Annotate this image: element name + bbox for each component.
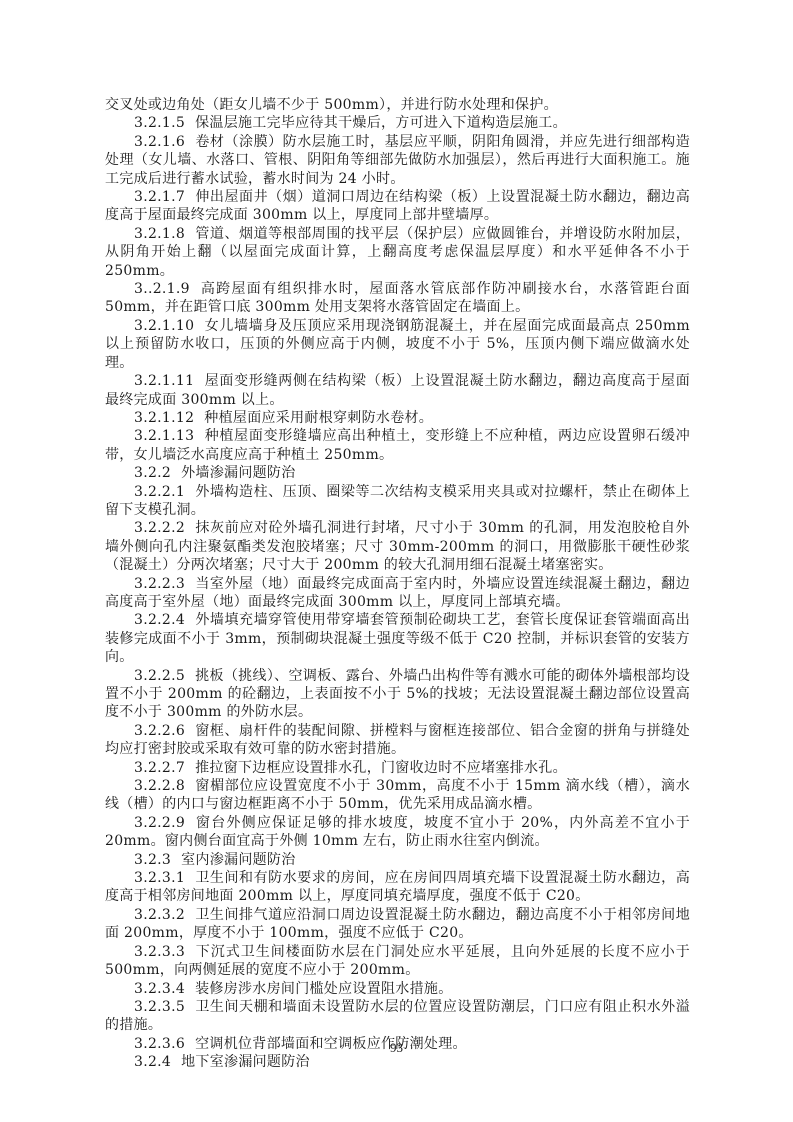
clause-number: 3.2.1.12 <box>134 410 194 426</box>
clause-3-2-2-9: 3.2.2.9窗台外侧应保证足够的排水坡度，坡度不宜小于 20%，内外高差不宜小… <box>105 814 690 851</box>
section-title: 室内渗漏问题防治 <box>181 852 295 868</box>
clause-number: 3.2.1.11 <box>134 373 194 389</box>
clause-3-2-1-11: 3.2.1.11屋面变形缝两侧在结构梁（板）上设置混凝土防水翻边，翻边高度高于屋… <box>105 372 690 409</box>
clause-text: 高跨屋面有组织排水时，屋面落水管底部作防冲刷接水台，水落管距台面 50mm，并在… <box>105 281 690 315</box>
clause-number: 3.2.1.10 <box>134 318 194 334</box>
clause-text: 外墙填充墙穿管使用带穿墙套管预制砼砌块工艺，套管长度保证套管端面高出装修完成面不… <box>105 612 690 665</box>
document-body: 交叉处或边角处（距女儿墙不少于 500mm），并进行防水处理和保护。 3.2.1… <box>105 96 690 1072</box>
clause-text: 下沉式卫生间楼面防水层在门洞处应水平延展，且向外延展的长度不应小于 500mm，… <box>105 944 690 978</box>
clause-text: 卫生间和有防水要求的房间，应在房间四周填充墙下设置混凝土防水翻边，高度高于相邻房… <box>105 870 690 904</box>
section-number: 3.2.4 <box>134 1054 171 1070</box>
clause-3-2-3-1: 3.2.3.1卫生间和有防水要求的房间，应在房间四周填充墙下设置混凝土防水翻边，… <box>105 869 690 906</box>
clause-text: 窗台外侧应保证足够的排水坡度，坡度不宜小于 20%，内外高差不宜小于 20mm。… <box>105 815 690 849</box>
section-title: 地下室渗漏问题防治 <box>181 1054 310 1070</box>
clause-text: 管道、烟道等根部周围的找平层（保护层）应做圆锥台，并增设防水附加层，从阴角开始上… <box>105 226 690 279</box>
clause-number: 3.2.2.1 <box>134 484 185 500</box>
clause-number: 3.2.2.6 <box>134 723 185 739</box>
clause-3-2-1-12: 3.2.1.12种植屋面应采用耐根穿刺防水卷材。 <box>105 409 690 427</box>
clause-3-2-2-8: 3.2.2.8窗楣部位应设置宽度不小于 30mm，高度不小于 15mm 滴水线（… <box>105 777 690 814</box>
clause-3-2-2-3: 3.2.2.3当室外屋（地）面最终完成面高于室内时，外墙应设置连续混凝土翻边，翻… <box>105 575 690 612</box>
clause-number: 3.2.2.2 <box>134 520 185 536</box>
clause-number: 3.2.1.13 <box>134 428 194 444</box>
clause-3-2-2-2: 3.2.2.2抹灰前应对砼外墙孔洞进行封堵，尺寸小于 30mm 的孔洞，用发泡胶… <box>105 519 690 574</box>
clause-3-2-1-5: 3.2.1.5保温层施工完毕应待其干燥后，方可进入下道构造层施工。 <box>105 114 690 132</box>
section-number: 3.2.2 <box>134 465 171 481</box>
clause-3-2-3-5: 3.2.3.5卫生间天棚和墙面未设置防水层的位置应设置防潮层，门口应有阻止积水外… <box>105 998 690 1035</box>
paragraph-continuation: 交叉处或边角处（距女儿墙不少于 500mm），并进行防水处理和保护。 <box>105 96 690 114</box>
clause-text: 种植屋面应采用耐根穿刺防水卷材。 <box>204 410 433 426</box>
clause-text: 窗楣部位应设置宽度不小于 30mm，高度不小于 15mm 滴水线（槽），滴水线（… <box>105 778 690 812</box>
clause-text: 抹灰前应对砼外墙孔洞进行封堵，尺寸小于 30mm 的孔洞，用发泡胶枪自外墙外侧向… <box>105 520 690 573</box>
section-title: 外墙渗漏问题防治 <box>181 465 295 481</box>
clause-text: 当室外屋（地）面最终完成面高于室内时，外墙应设置连续混凝土翻边，翻边高度高于室外… <box>105 576 690 610</box>
clause-text: 卫生间天棚和墙面未设置防水层的位置应设置防潮层，门口应有阻止积水外溢的措施。 <box>105 999 690 1033</box>
clause-number: 3.2.2.7 <box>134 760 185 776</box>
clause-number: 3.2.3.5 <box>134 999 185 1015</box>
clause-number: 3.2.3.3 <box>134 944 185 960</box>
section-heading-3-2-3: 3.2.3室内渗漏问题防治 <box>105 851 690 869</box>
clause-number: 3.2.2.3 <box>134 576 185 592</box>
clause-text: 卷材（涂膜）防水层施工时，基层应平顺，阴阳角圆滑，并应先进行细部构造处理（女儿墙… <box>105 134 690 187</box>
clause-3-2-2-7: 3.2.2.7推拉窗下边框应设置排水孔，门窗收边时不应堵塞排水孔。 <box>105 759 690 777</box>
clause-3-2-2-4: 3.2.2.4外墙填充墙穿管使用带穿墙套管预制砼砌块工艺，套管长度保证套管端面高… <box>105 611 690 666</box>
clause-number: 3.2.2.5 <box>134 668 185 684</box>
clause-3-2-3-4: 3.2.3.4装修房涉水房间门槛处应设置阻水措施。 <box>105 980 690 998</box>
clause-text: 卫生间排气道应沿洞口周边设置混凝土防水翻边，翻边高度不小于相邻房间地面 200m… <box>105 907 690 941</box>
clause-3-2-2-5: 3.2.2.5挑板（挑线）、空调板、露台、外墙凸出构件等有溅水可能的砌体外墙根部… <box>105 667 690 722</box>
clause-text: 外墙构造柱、压顶、圈梁等二次结构支模采用夹具或对拉螺杆，禁止在砌体上留下支模孔洞… <box>105 484 690 518</box>
clause-3-2-1-7: 3.2.1.7伸出屋面井（烟）道洞口周边在结构梁（板）上设置混凝土防水翻边，翻边… <box>105 188 690 225</box>
clause-text: 伸出屋面井（烟）道洞口周边在结构梁（板）上设置混凝土防水翻边，翻边高度高于屋面最… <box>105 189 690 223</box>
clause-number: 3.2.1.6 <box>134 134 185 150</box>
page-number: 93 <box>0 1040 793 1056</box>
clause-3-2-2-6: 3.2.2.6窗框、扇杆件的装配间隙、拼樘料与窗框连接部位、铝合金窗的拼角与拼缝… <box>105 722 690 759</box>
clause-3-2-1-8: 3.2.1.8管道、烟道等根部周围的找平层（保护层）应做圆锥台，并增设防水附加层… <box>105 225 690 280</box>
clause-number: 3.2.1.8 <box>134 226 185 242</box>
clause-number: 3.2.2.8 <box>134 778 185 794</box>
clause-text: 挑板（挑线）、空调板、露台、外墙凸出构件等有溅水可能的砌体外墙根部均设置不小于 … <box>105 668 690 721</box>
clause-3-2-1-9: 3..2.1.9高跨屋面有组织排水时，屋面落水管底部作防冲刷接水台，水落管距台面… <box>105 280 690 317</box>
clause-3-2-2-1: 3.2.2.1外墙构造柱、压顶、圈梁等二次结构支模采用夹具或对拉螺杆，禁止在砌体… <box>105 483 690 520</box>
section-number: 3.2.3 <box>134 852 171 868</box>
clause-text: 保温层施工完毕应待其干燥后，方可进入下道构造层施工。 <box>195 115 567 131</box>
clause-3-2-1-10: 3.2.1.10女儿墙墙身及压顶应采用现浇钢筋混凝土，并在屋面完成面最高点 25… <box>105 317 690 372</box>
paragraph-text: 交叉处或边角处（距女儿墙不少于 500mm），并进行防水处理和保护。 <box>105 97 558 113</box>
clause-text: 装修房涉水房间门槛处应设置阻水措施。 <box>195 981 452 997</box>
clause-number: 3.2.3.2 <box>134 907 185 923</box>
clause-number: 3..2.1.9 <box>134 281 190 297</box>
clause-number: 3.2.1.7 <box>134 189 185 205</box>
clause-text: 窗框、扇杆件的装配间隙、拼樘料与窗框连接部位、铝合金窗的拼角与拼缝处均应打密封胶… <box>105 723 690 757</box>
clause-number: 3.2.3.1 <box>134 870 185 886</box>
section-heading-3-2-2: 3.2.2外墙渗漏问题防治 <box>105 464 690 482</box>
clause-3-2-3-2: 3.2.3.2卫生间排气道应沿洞口周边设置混凝土防水翻边，翻边高度不小于相邻房间… <box>105 906 690 943</box>
clause-3-2-1-6: 3.2.1.6卷材（涂膜）防水层施工时，基层应平顺，阴阳角圆滑，并应先进行细部构… <box>105 133 690 188</box>
clause-number: 3.2.2.4 <box>134 612 185 628</box>
clause-text: 推拉窗下边框应设置排水孔，门窗收边时不应堵塞排水孔。 <box>195 760 567 776</box>
clause-3-2-3-3: 3.2.3.3下沉式卫生间楼面防水层在门洞处应水平延展，且向外延展的长度不应小于… <box>105 943 690 980</box>
clause-number: 3.2.3.4 <box>134 981 185 997</box>
clause-number: 3.2.1.5 <box>134 115 185 131</box>
clause-3-2-1-13: 3.2.1.13种植屋面变形缝墙应高出种植土，变形缝上不应种植，两边应设置卵石缓… <box>105 427 690 464</box>
clause-number: 3.2.2.9 <box>134 815 185 831</box>
